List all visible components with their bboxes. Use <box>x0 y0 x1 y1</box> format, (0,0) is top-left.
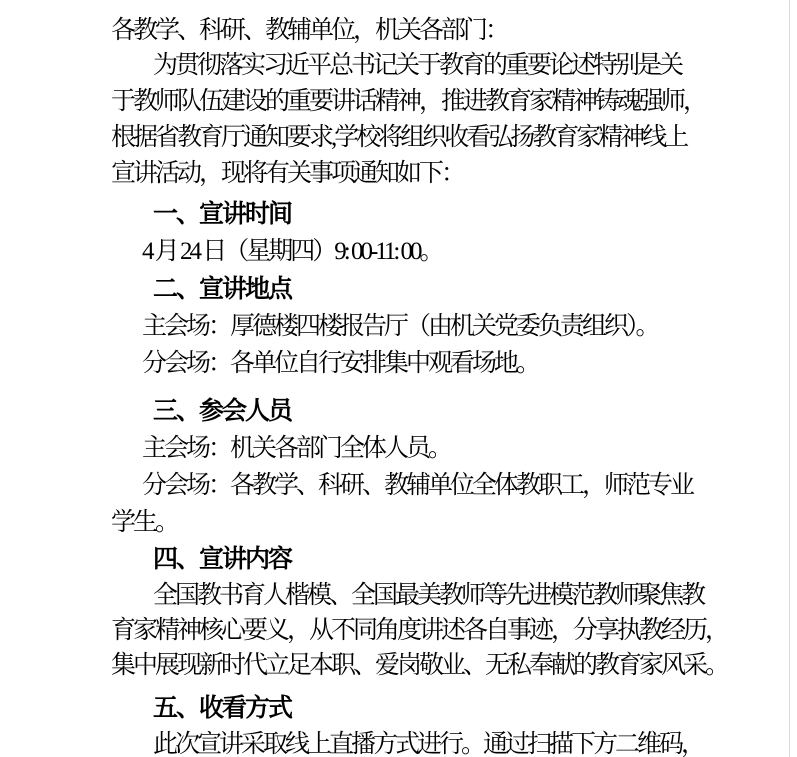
doc-line-paragraph: 集中展现新时代立足本职、爱岗敬业、无私奉献的教育家风采。 <box>111 653 727 678</box>
section-heading-time: 一、宣讲时间 <box>153 202 291 227</box>
doc-line-main-attendees: 主会场：机关各部门全体人员。 <box>142 436 450 461</box>
doc-line-paragraph: 全国教书育人楷模、全国最美教师等先进模范教师聚焦教 <box>153 583 703 608</box>
doc-line-sub-attendees-cont: 学生。 <box>111 510 177 535</box>
doc-line-paragraph: 于教师队伍建设的重要讲话精神，推进教育家精神铸魂强师， <box>111 89 705 114</box>
doc-line-main-venue: 主会场：厚德楼四楼报告厅（由机关党委负责组织）。 <box>142 314 658 339</box>
doc-line-sub-attendees: 分会场：各教学、科研、教辅单位全体教职工，师范专业 <box>142 473 692 498</box>
section-heading-place: 二、宣讲地点 <box>153 277 291 302</box>
doc-line-datetime: 4 月 24 日（星期四）9: 00-11: 00。 <box>142 239 442 264</box>
section-heading-attendees: 三、参会人员 <box>153 399 291 424</box>
doc-line-paragraph: 宣讲活动，现将有关事项通知如下： <box>111 161 463 186</box>
page-edge-divider <box>789 0 790 757</box>
doc-line-salutation: 各教学、科研、教辅单位，机关各部门： <box>111 18 507 43</box>
doc-line-paragraph: 此次宣讲采取线上直播方式进行。通过扫描下方二维码， <box>153 732 703 757</box>
doc-line-sub-venue: 分会场：各单位自行安排集中观看场地。 <box>142 351 538 376</box>
section-heading-viewing: 五、收看方式 <box>153 696 291 721</box>
doc-line-paragraph: 育家精神核心要义，从不同角度讲述各自事迹，分享执教经历， <box>111 618 727 643</box>
document-page: 各教学、科研、教辅单位，机关各部门： 为贯彻落实习近平总书记关于教育的重要论述特… <box>0 0 797 757</box>
doc-line-paragraph: 根据省教育厅通知要求,学校将组织收看弘扬教育家精神线上 <box>111 125 686 150</box>
doc-line-paragraph: 为贯彻落实习近平总书记关于教育的重要论述特别是关 <box>153 53 681 78</box>
section-heading-content: 四、宣讲内容 <box>153 547 291 572</box>
